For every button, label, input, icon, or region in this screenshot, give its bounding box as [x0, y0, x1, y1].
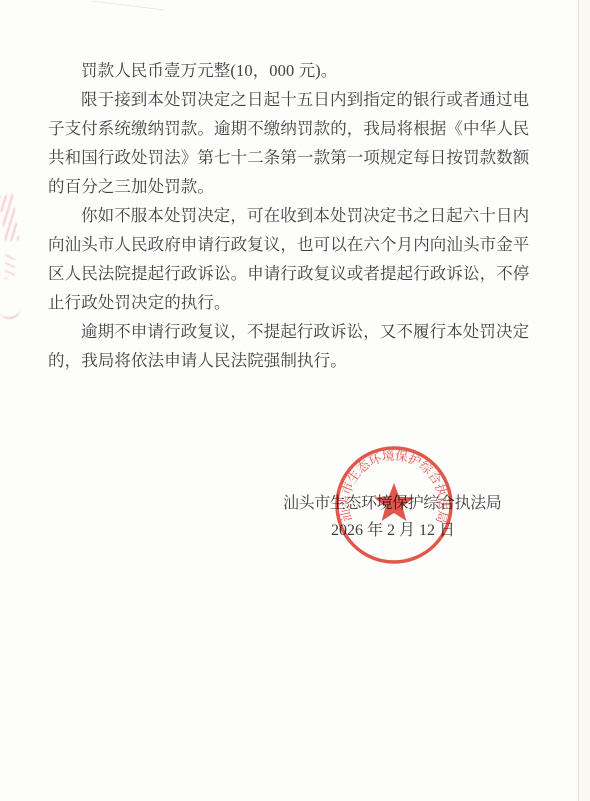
official-red-seal: 汕头市生态环境保护综合执法局 — [324, 435, 464, 575]
body-line: 逾期不申请行政复议，不提起行政诉讼，又不履行本处罚决定 — [48, 317, 538, 346]
bleed-mark — [0, 194, 19, 242]
body-line: 罚款人民币壹万元整(10，000 元)。 — [48, 56, 538, 85]
scanned-document-page: 罚款人民币壹万元整(10，000 元)。 限于接到本处罚决定之日起十五日内到指定… — [0, 0, 590, 801]
body-line: 止行政处罚决定的执行。 — [48, 288, 538, 317]
decision-body-text: 罚款人民币壹万元整(10，000 元)。 限于接到本处罚决定之日起十五日内到指定… — [48, 56, 538, 375]
scan-artifact-line — [92, 1, 164, 11]
page-edge-shadow-strip — [579, 0, 590, 801]
ink-bleed-through-marks — [0, 195, 26, 340]
body-line: 向汕头市人民政府申请行政复议，也可以在六个月内向汕头市金平 — [48, 230, 538, 259]
body-line: 限于接到本处罚决定之日起十五日内到指定的银行或者通过电 — [48, 85, 538, 114]
body-line: 子支付系统缴纳罚款。逾期不缴纳罚款的，我局将根据《中华人民 — [48, 114, 538, 143]
bleed-mark — [0, 301, 21, 321]
seal-star-icon — [374, 483, 414, 521]
body-line: 的，我局将依法申请人民法院强制执行。 — [48, 346, 538, 375]
body-line: 区人民法院提起行政诉讼。申请行政复议或者提起行政诉讼，不停 — [48, 259, 538, 288]
body-line: 你如不服本处罚决定，可在收到本处罚决定书之日起六十日内 — [48, 201, 538, 230]
body-line: 的百分之三加处罚款。 — [48, 172, 538, 201]
body-line: 共和国行政处罚法》第七十二条第一款第一项规定每日按罚款数额 — [48, 143, 538, 172]
bleed-mark — [5, 253, 15, 279]
